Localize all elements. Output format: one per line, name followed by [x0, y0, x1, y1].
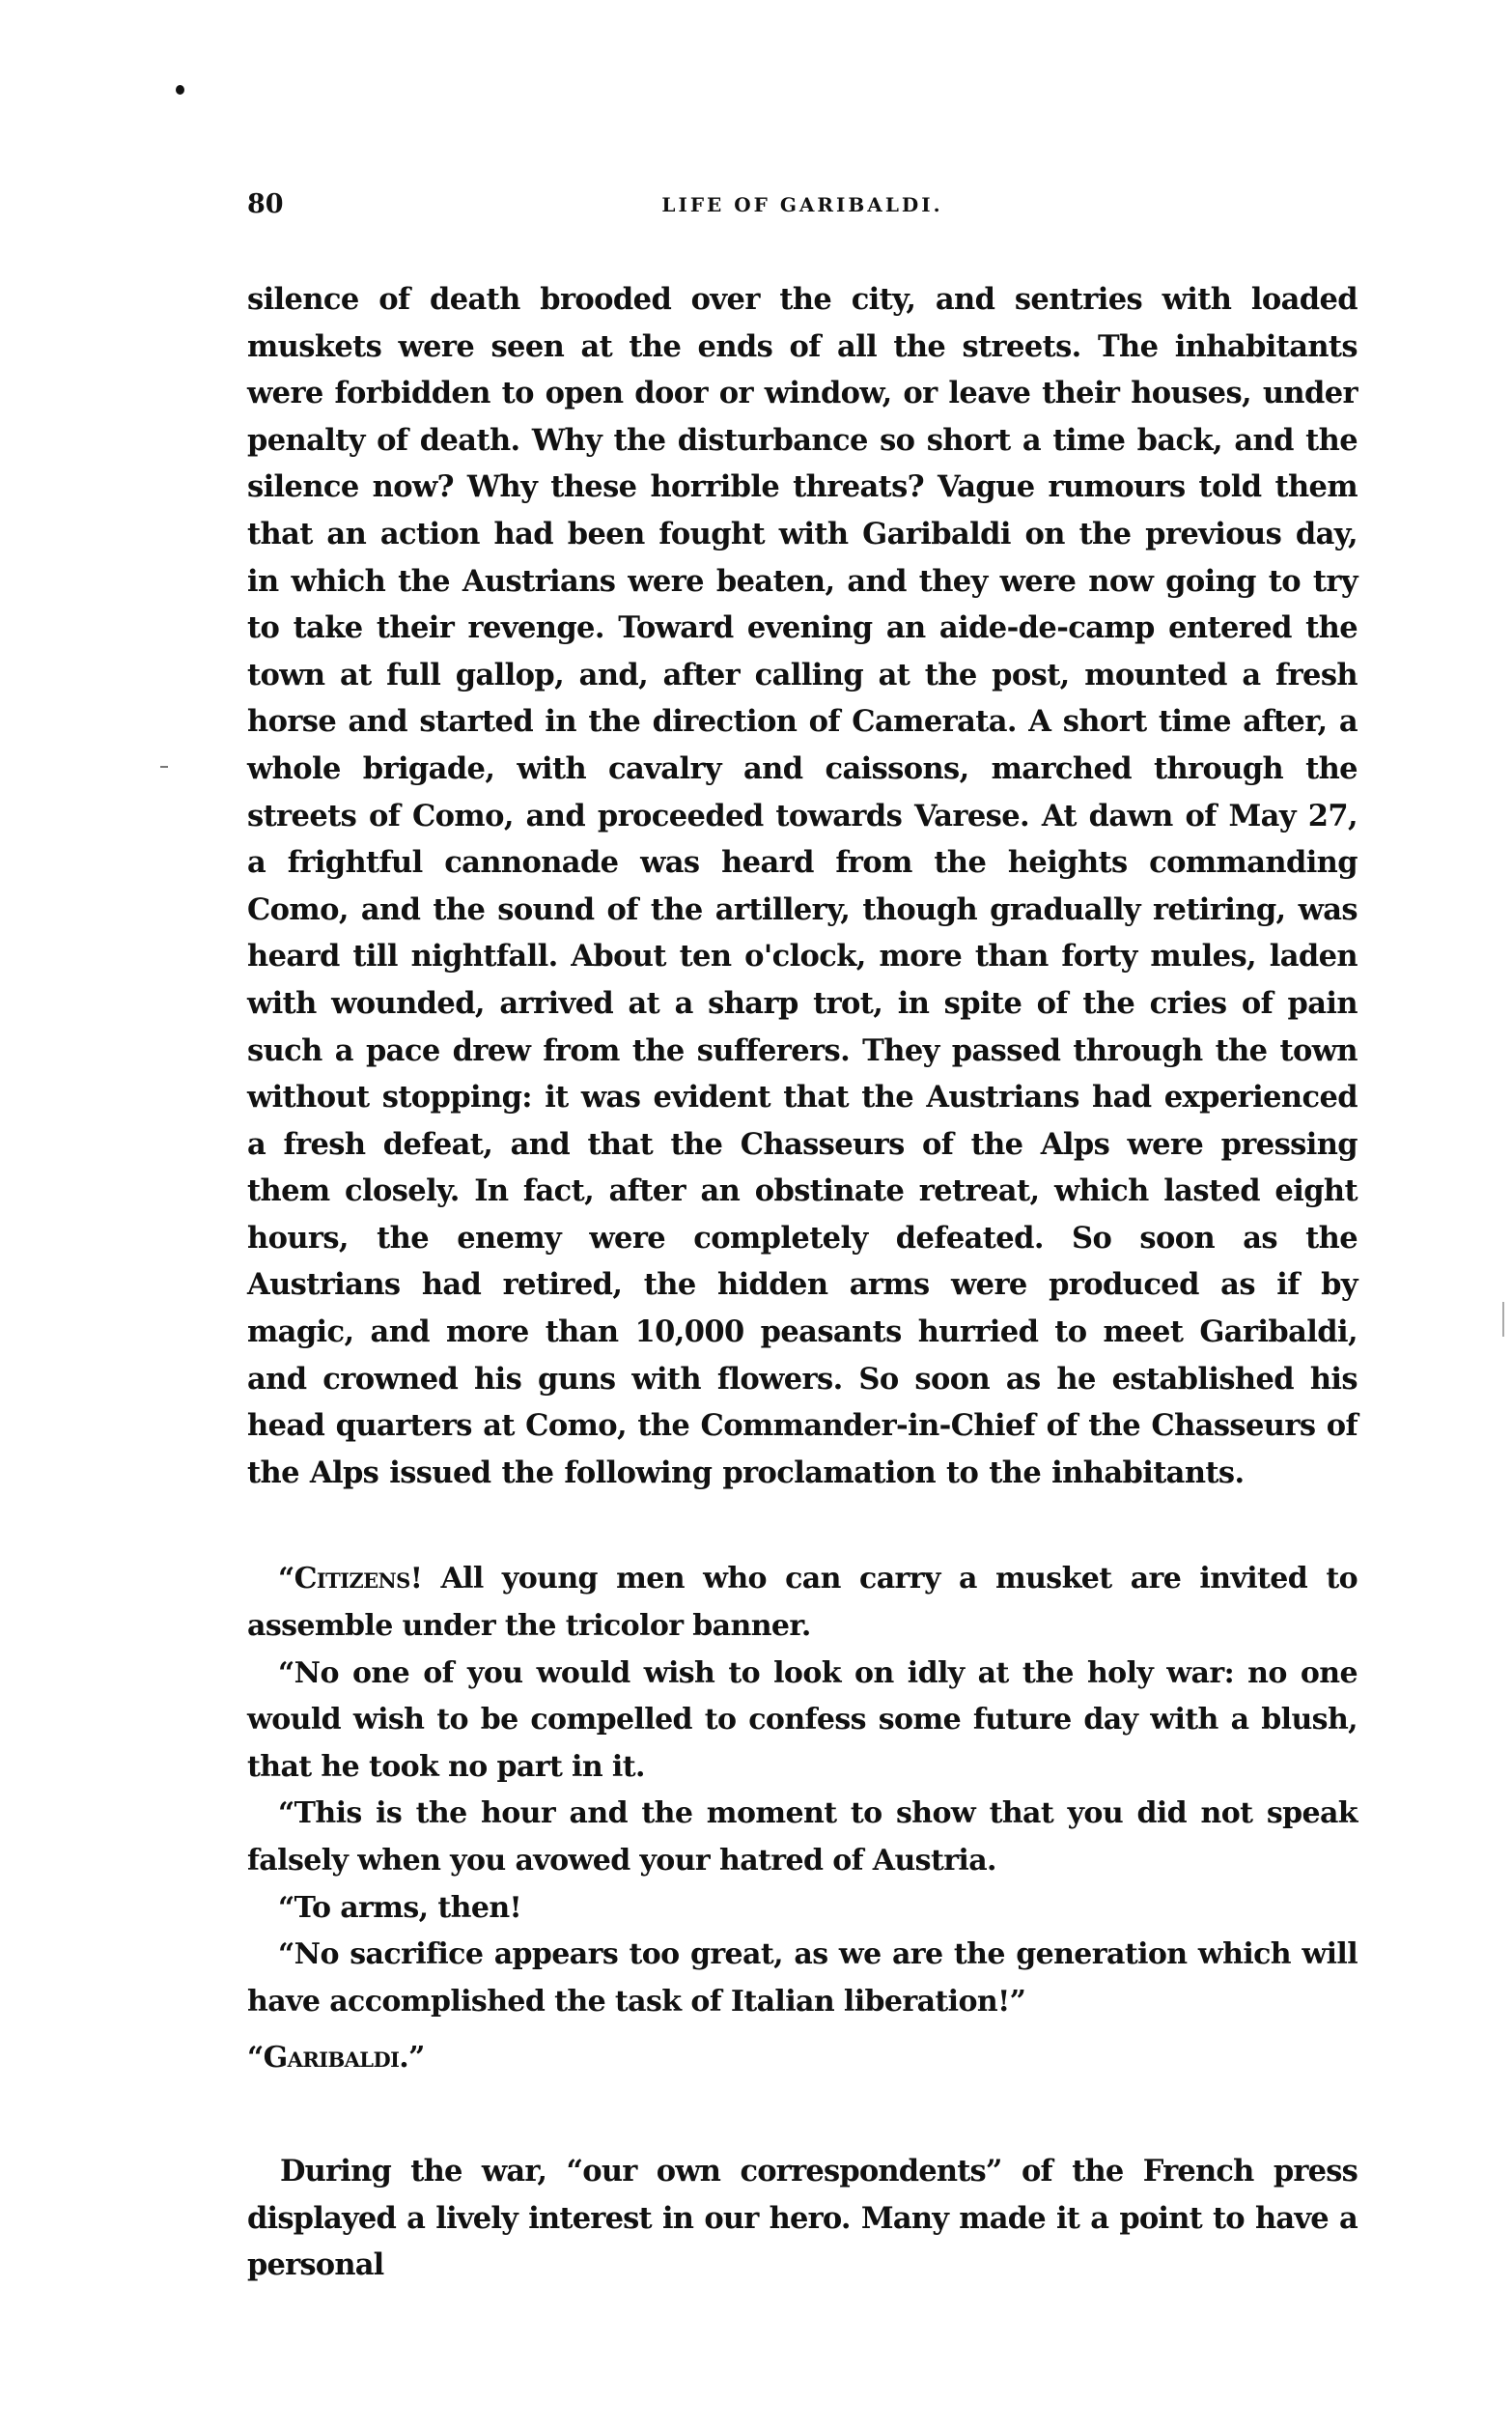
running-head: 80 LIFE OF GARIBALDI. — [247, 189, 1358, 228]
salutation: “Citizens! — [278, 1562, 422, 1596]
proclamation-paragraph: “No one of you would wish to look on idl… — [247, 1651, 1358, 1792]
proclamation: “Citizens! All young men who can carry a… — [247, 1556, 1358, 2082]
signature: “Garibaldi.” — [247, 2035, 1358, 2082]
running-title: LIFE OF GARIBALDI. — [247, 193, 1358, 216]
paragraph: silence of death brooded over the city, … — [247, 276, 1358, 1496]
paragraph: During the war, “our own correspondents”… — [247, 2148, 1358, 2289]
margin-mark — [160, 766, 168, 768]
scan-speck — [176, 85, 184, 95]
book-page: 80 LIFE OF GARIBALDI. silence of death b… — [247, 189, 1358, 2289]
body-text: silence of death brooded over the city, … — [247, 276, 1358, 1496]
proclamation-paragraph: “Citizens! All young men who can carry a… — [247, 1556, 1358, 1650]
continuation-text: During the war, “our own correspondents”… — [247, 2148, 1358, 2289]
proclamation-paragraph: “This is the hour and the moment to show… — [247, 1791, 1358, 1884]
proclamation-paragraph: “To arms, then! — [247, 1885, 1358, 1933]
proclamation-paragraph: “No sacrifice appears too great, as we a… — [247, 1932, 1358, 2025]
margin-mark — [1502, 1302, 1504, 1337]
